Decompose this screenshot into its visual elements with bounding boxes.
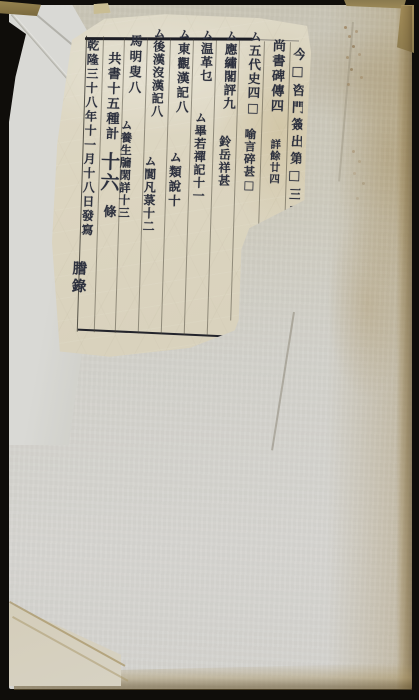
entry-note: 喻言碎甚□ <box>242 128 256 193</box>
entry-note: ム類說十 <box>167 150 181 208</box>
column-rule <box>207 40 217 336</box>
entry-note: 詳餘廿四 <box>268 139 280 185</box>
torn-tab-top-left <box>0 1 41 16</box>
entry-title: ム五代史四□ <box>246 30 261 117</box>
register-label: 謄錄 <box>70 260 86 295</box>
entry-title: 尚書碑傳四 <box>269 39 284 114</box>
summary-unit: 條 <box>100 204 115 219</box>
entry-note: 鈴岳祥甚 <box>217 135 231 187</box>
entry-note: ム畢若禪記十一 <box>192 111 207 202</box>
entry-title: ム温革乜 <box>199 28 213 82</box>
manuscript-photo: 今□咨門簽出第□三千五號 尚書碑傳四 詳餘廿四 ム五代史四□ 喻言碎甚□ ム應繡… <box>0 0 419 700</box>
right-edge-stain <box>396 6 412 689</box>
summary-count: 十六 <box>97 151 120 194</box>
date-column: 乾隆三十八年十一月十八日發寫 <box>81 39 99 238</box>
summary-text: 共書十五種計 <box>103 51 121 141</box>
foxing-spots <box>352 150 355 153</box>
entry-title: ム東觀漢記八 <box>175 28 190 115</box>
entry-title: ム應繡閣評九 <box>222 29 237 110</box>
foxing-spots <box>344 26 347 29</box>
entry-title: 馬明叟八 <box>127 34 141 96</box>
entry-note: ム閬凡菉十二 <box>142 155 156 233</box>
entry-title: ム後漢沒漢記八 <box>151 27 166 118</box>
ruled-line-bottom <box>78 329 223 338</box>
